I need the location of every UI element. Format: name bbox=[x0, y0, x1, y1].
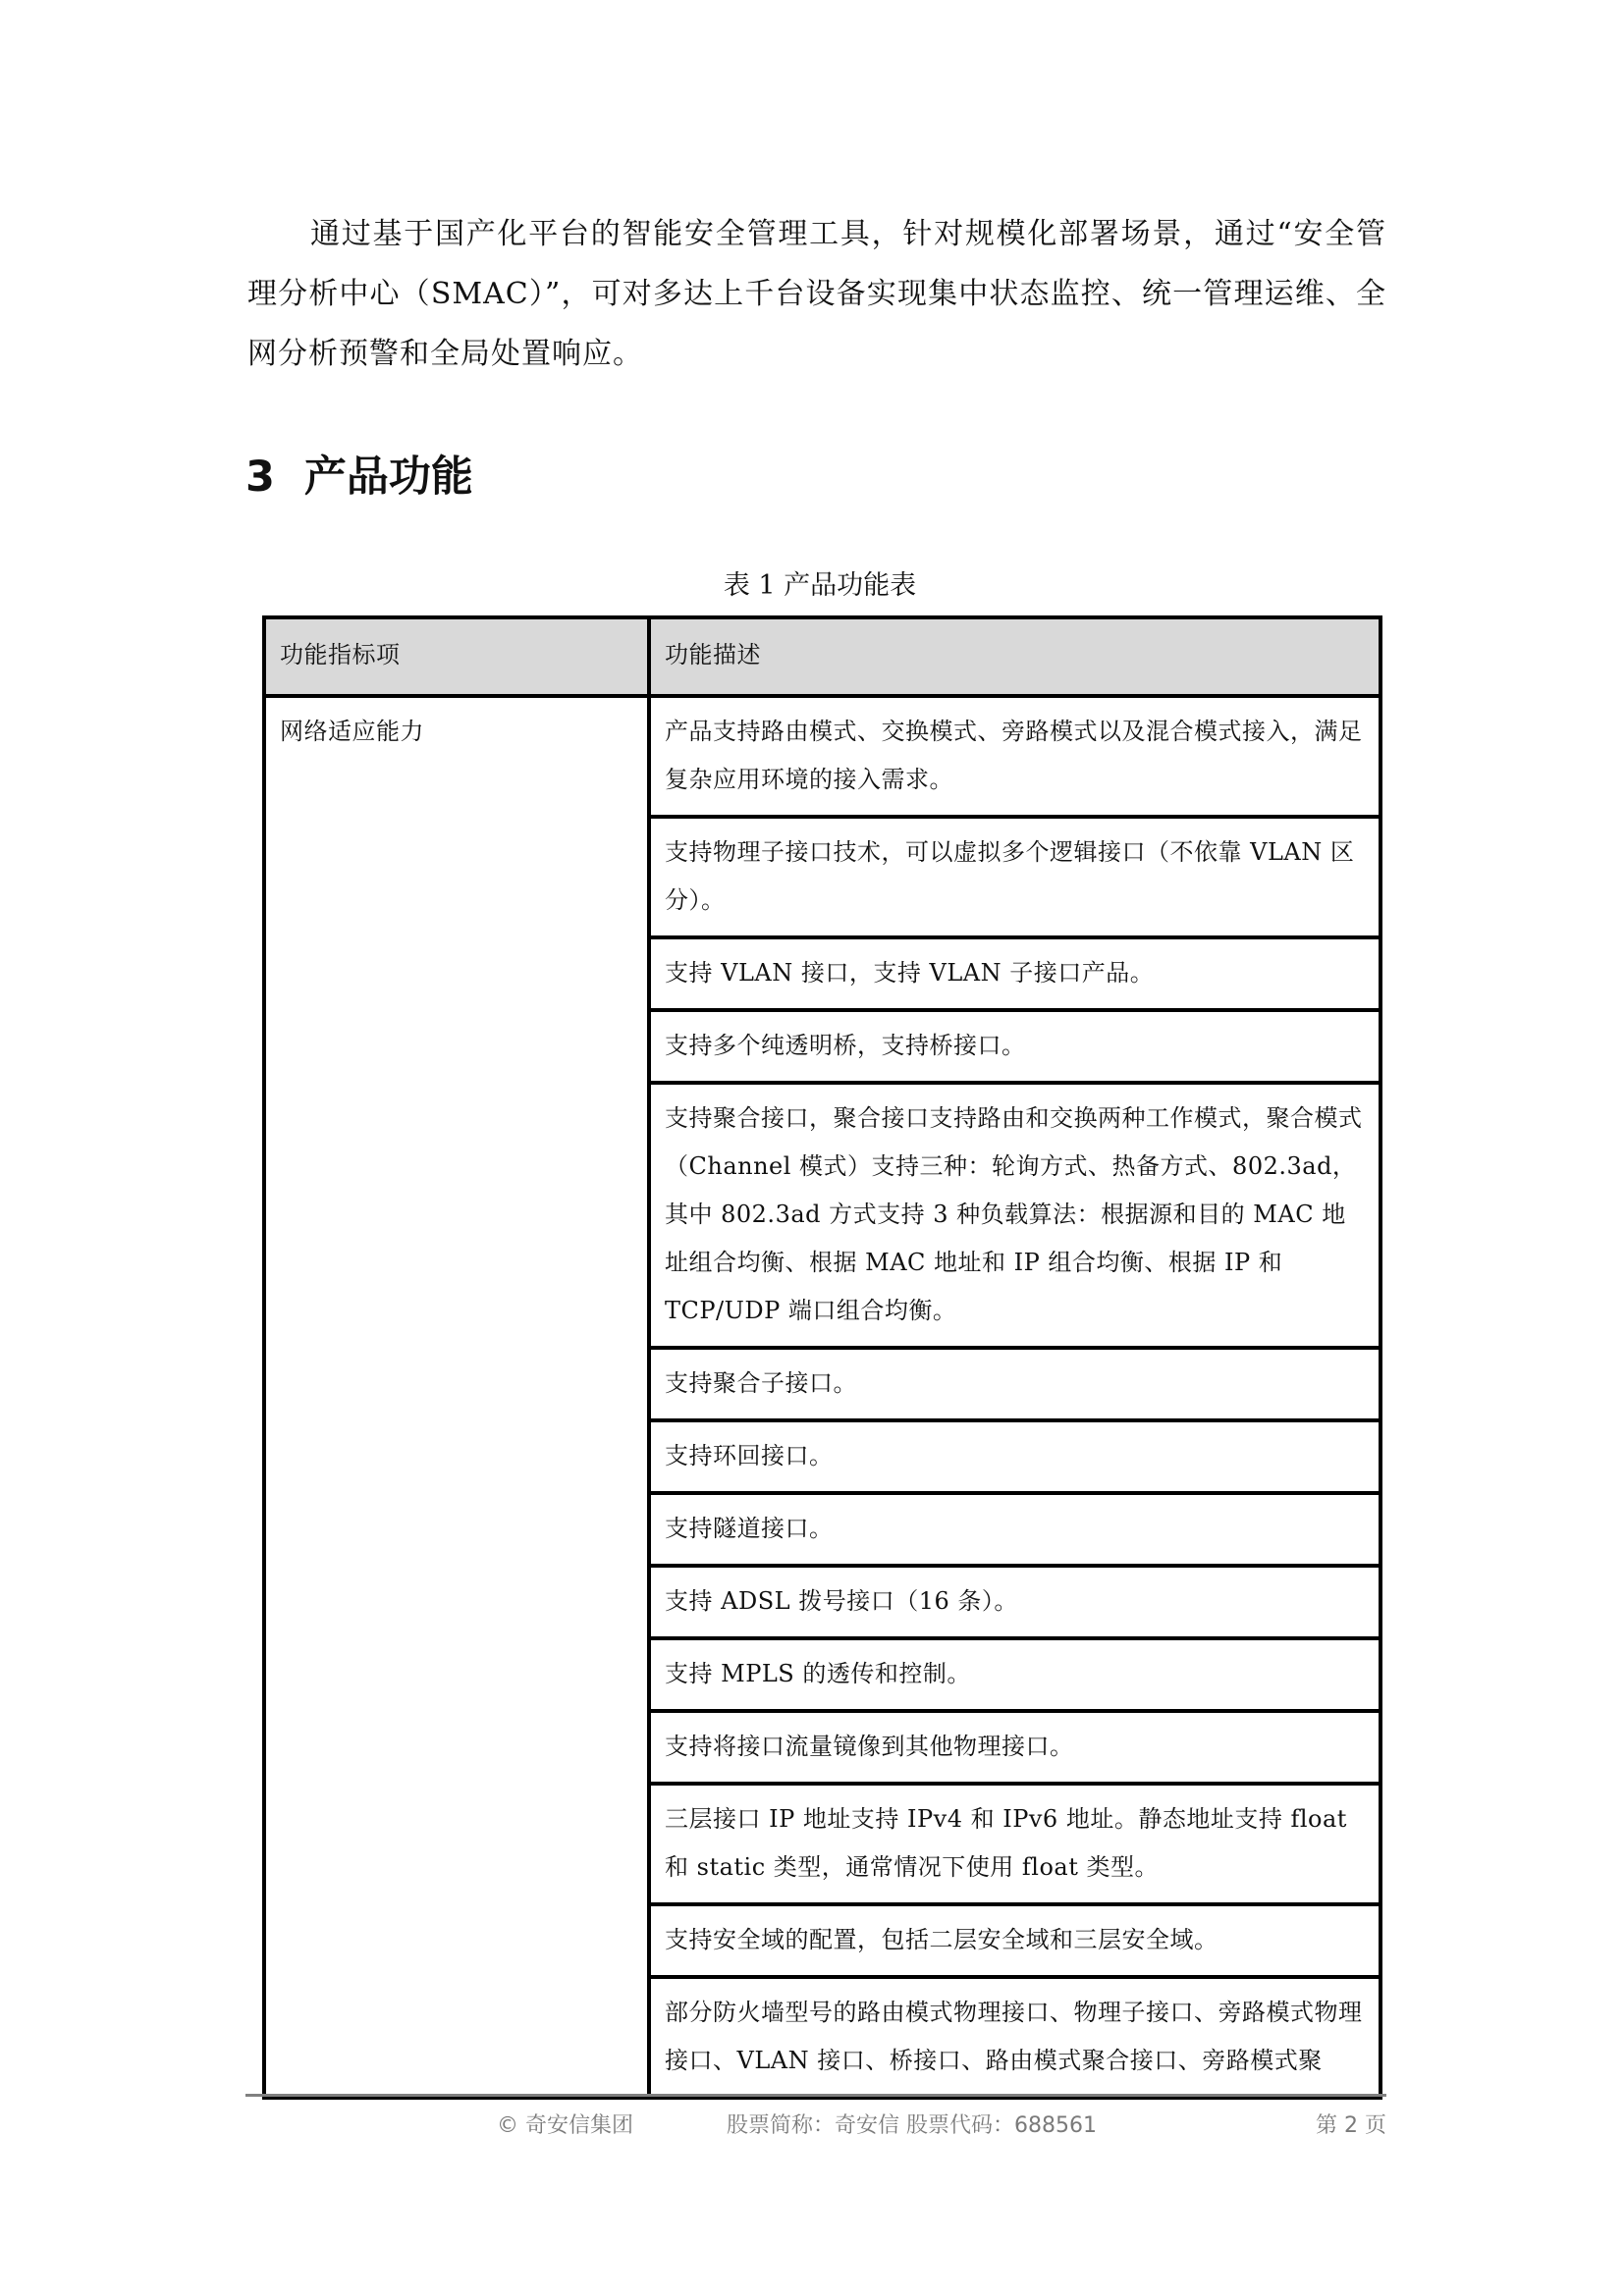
intro-paragraph: 通过基于国产化平台的智能安全管理工具，针对规模化部署场景，通过“安全管理分析中心… bbox=[247, 204, 1386, 384]
footer-copyright: © 奇安信集团 bbox=[497, 2109, 633, 2139]
table-cell-description: 支持多个纯透明桥，支持桥接口。 bbox=[649, 1010, 1380, 1083]
footer-divider bbox=[245, 2094, 1386, 2097]
footer-page-number: 第 2 页 bbox=[1316, 2109, 1386, 2139]
table-row: 网络适应能力 产品支持路由模式、交换模式、旁路模式以及混合模式接入，满足复杂应用… bbox=[264, 696, 1380, 817]
table-cell-description: 支持隧道接口。 bbox=[649, 1493, 1380, 1566]
table-cell-description: 支持安全域的配置，包括二层安全域和三层安全域。 bbox=[649, 1904, 1380, 1977]
table-cell-description: 支持聚合子接口。 bbox=[649, 1348, 1380, 1420]
section-heading: 3产品功能 bbox=[245, 444, 473, 504]
table-cell-description: 支持环回接口。 bbox=[649, 1420, 1380, 1493]
section-title: 产品功能 bbox=[304, 453, 473, 502]
table-cell-description: 支持物理子接口技术，可以虚拟多个逻辑接口（不依靠 VLAN 区分）。 bbox=[649, 817, 1380, 937]
section-number: 3 bbox=[245, 453, 275, 502]
table-header-row: 功能指标项 功能描述 bbox=[264, 617, 1380, 696]
table-cell-description: 产品支持路由模式、交换模式、旁路模式以及混合模式接入，满足复杂应用环境的接入需求… bbox=[649, 696, 1380, 817]
table-cell-description: 支持将接口流量镜像到其他物理接口。 bbox=[649, 1711, 1380, 1784]
table-caption: 表 1 产品功能表 bbox=[262, 563, 1378, 602]
table-cell-description: 支持 ADSL 拨号接口（16 条）。 bbox=[649, 1566, 1380, 1638]
table-cell-description: 支持聚合接口，聚合接口支持路由和交换两种工作模式，聚合模式（Channel 模式… bbox=[649, 1083, 1380, 1348]
table-cell-description: 支持 MPLS 的透传和控制。 bbox=[649, 1638, 1380, 1711]
header-feature-description: 功能描述 bbox=[649, 617, 1380, 696]
product-function-table: 功能指标项 功能描述 网络适应能力 产品支持路由模式、交换模式、旁路模式以及混合… bbox=[262, 615, 1382, 2100]
table-cell-description: 三层接口 IP 地址支持 IPv4 和 IPv6 地址。静态地址支持 float… bbox=[649, 1784, 1380, 1904]
header-feature-item: 功能指标项 bbox=[264, 617, 649, 696]
page-footer: © 奇安信集团 股票简称：奇安信 股票代码：688561 第 2 页 bbox=[245, 2109, 1386, 2144]
table-cell-description: 部分防火墙型号的路由模式物理接口、物理子接口、旁路模式物理接口、VLAN 接口、… bbox=[649, 1977, 1380, 2098]
table-cell-description: 支持 VLAN 接口，支持 VLAN 子接口产品。 bbox=[649, 937, 1380, 1010]
footer-stock-info: 股票简称：奇安信 股票代码：688561 bbox=[727, 2109, 1097, 2139]
feature-group-label: 网络适应能力 bbox=[264, 696, 649, 2098]
